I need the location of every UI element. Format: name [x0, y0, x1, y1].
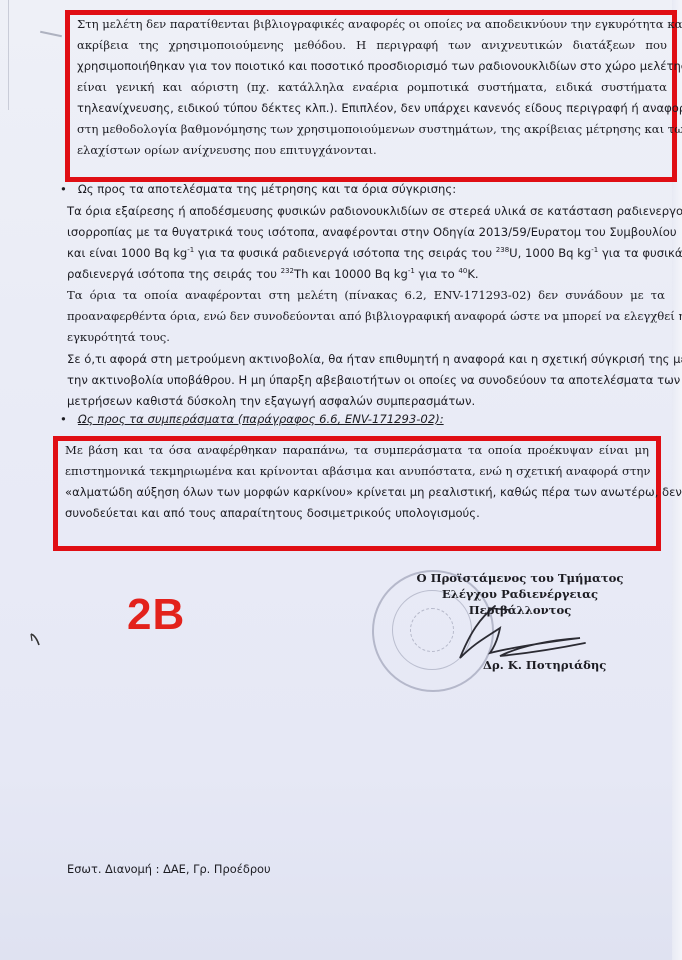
paragraph-background-radiation: Σε ό,τι αφορά στη μετρούμενη ακτινοβολία… — [67, 349, 665, 412]
text-line: στη μεθοδολογία βαθμονόμησης των χρησιμο… — [77, 119, 667, 140]
text-line: συνοδεύεται και από τους απαραίτητους δο… — [65, 503, 649, 524]
text-line: Με βάση και τα όσα αναφέρθηκαν παραπάνω,… — [65, 440, 649, 461]
text-line: εγκυρότητά τους. — [67, 327, 665, 348]
text-line: είναι γενική και αόριστη (πχ. κατάλληλα … — [77, 77, 667, 98]
annotation-label: 2B — [127, 590, 185, 640]
signatory-title-line: Ο Προϊστάμενος του Τμήματος — [400, 570, 640, 586]
paragraph-methodology: Στη μελέτη δεν παρατίθενται βιβλιογραφικ… — [77, 14, 667, 161]
text-line: Στη μελέτη δεν παρατίθενται βιβλιογραφικ… — [77, 14, 667, 35]
paragraph-study-limits: Τα όρια τα οποία αναφέρονται στη μελέτη … — [67, 285, 665, 348]
text-line: ελαχίστων ορίων ανίχνευσης που επιτυγχάν… — [77, 140, 667, 161]
text-line: μετρήσεων καθιστά δύσκολη την εξαγωγή ασ… — [67, 391, 665, 412]
text-line: χρησιμοποιήθηκαν για τον ποιοτικό και πο… — [77, 56, 667, 77]
signatory-name: Δρ. Κ. Ποτηριάδης — [483, 658, 606, 672]
bullet-icon: • — [60, 412, 78, 426]
text-line: Σε ό,τι αφορά στη μετρούμενη ακτινοβολία… — [67, 349, 665, 370]
bullet-conclusions-heading: • Ως προς τα συμπεράσματα (παράγραφος 6.… — [60, 412, 444, 426]
text-line: Τα όρια εξαίρεσης ή αποδέσμευσης φυσικών… — [67, 201, 665, 222]
internal-distribution: Εσωτ. Διανομή : ΔΑΕ, Γρ. Προέδρου — [67, 862, 271, 876]
text-line: επιστημονικά τεκμηριωμένα και κρίνονται … — [65, 461, 649, 482]
text-line: ακρίβεια της χρησιμοποιούμενης μεθόδου. … — [77, 35, 667, 56]
bullet-text: Ως προς τα αποτελέσματα της μέτρησης και… — [78, 182, 456, 196]
text-line: Τα όρια τα οποία αναφέρονται στη μελέτη … — [67, 285, 665, 306]
text-line: ισορροπίας με τα θυγατρικά τους ισότοπα,… — [67, 222, 665, 243]
text-line: την ακτινοβολία υποβάθρου. Η μη ύπαρξη α… — [67, 370, 665, 391]
text-line: «αλματώδη αύξηση όλων των μορφών καρκίνο… — [65, 482, 649, 503]
page-edge — [8, 0, 9, 110]
bullet-icon: • — [60, 182, 78, 196]
paper-crease — [40, 31, 62, 38]
pen-mark-icon — [28, 632, 42, 648]
signatory-title: Ο Προϊστάμενος του Τμήματος Ελέγχου Ραδι… — [400, 570, 640, 618]
text-line: τηλεανίχνευσης, ειδικού τύπου δέκτες κλπ… — [77, 98, 667, 119]
bullet-text: Ως προς τα συμπεράσματα (παράγραφος 6.6,… — [78, 412, 444, 426]
bullet-results-heading: • Ως προς τα αποτελέσματα της μέτρησης κ… — [60, 182, 456, 196]
signatory-title-line: Ελέγχου Ραδιενέργειας — [400, 586, 640, 602]
text-line: προαναφερθέντα όρια, ενώ δεν συνοδεύοντα… — [67, 306, 665, 327]
paragraph-conclusions: Με βάση και τα όσα αναφέρθηκαν παραπάνω,… — [65, 440, 649, 524]
text-line: ραδιενεργά ισότοπα της σειράς του 232Th … — [67, 264, 665, 285]
text-line: και είναι 1000 Bq kg-1 για τα φυσικά ραδ… — [67, 243, 665, 264]
signatory-title-line: Περιβάλλοντος — [400, 602, 640, 618]
paragraph-exemption-limits: Τα όρια εξαίρεσης ή αποδέσμευσης φυσικών… — [67, 201, 665, 285]
